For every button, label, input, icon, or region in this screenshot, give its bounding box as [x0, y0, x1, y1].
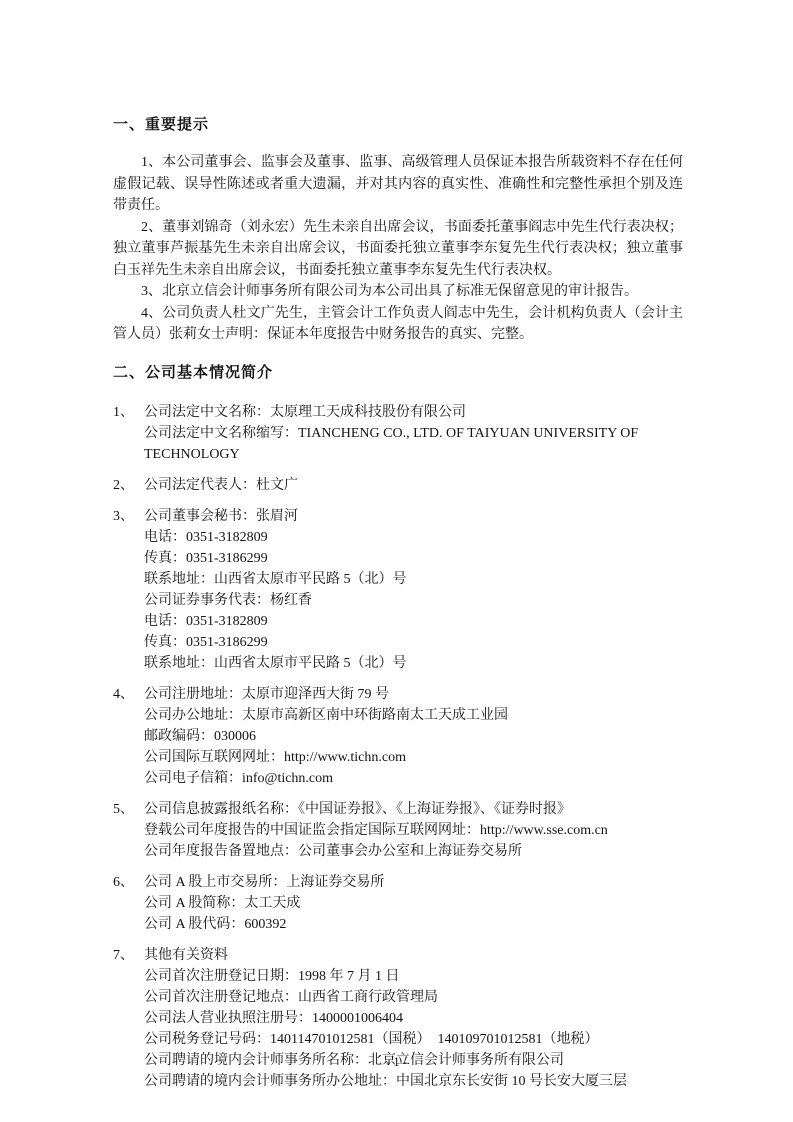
list-item-3: 3、 公司董事会秘书：张眉河 电话：0351-3182809 传真：0351-3… — [113, 506, 683, 674]
item-line: 电话：0351-3182809 — [144, 527, 683, 548]
item-line: 登载公司年度报告的中国证监会指定国际互联网网址：http://www.sse.c… — [144, 820, 683, 841]
item-line: 传真：0351-3186299 — [144, 632, 683, 653]
item-line: 传真：0351-3186299 — [144, 548, 683, 569]
item-number: 2、 — [113, 475, 144, 496]
item-line: 公司税务登记号码：140114701012581（国税） 14010970101… — [144, 1029, 683, 1050]
item-line: 公司 A 股上市交易所：上海证券交易所 — [144, 872, 683, 893]
item-lines: 公司信息披露报纸名称：《中国证券报》、《上海证券报》、《证券时报》 登载公司年度… — [144, 799, 683, 862]
item-line: 公司法人营业执照注册号：1400001006404 — [144, 1008, 683, 1029]
section2-heading: 二、公司基本情况简介 — [113, 360, 683, 386]
item-line: 公司首次注册登记地点：山西省工商行政管理局 — [144, 987, 683, 1008]
item-lines: 公司董事会秘书：张眉河 电话：0351-3182809 传真：0351-3186… — [144, 506, 683, 674]
section1-paragraph-4: 4、公司负责人杜文广先生，主管会计工作负责人阎志中先生，会计机构负责人（会计主管… — [113, 303, 683, 346]
item-lines: 公司注册地址：太原市迎泽西大街 79 号 公司办公地址：太原市高新区南中环街路南… — [144, 684, 683, 789]
item-number: 3、 — [113, 506, 144, 674]
section1-paragraph-3: 3、北京立信会计师事务所有限公司为本公司出具了标准无保留意见的审计报告。 — [113, 281, 683, 303]
page-number: - 1 - — [0, 1055, 793, 1070]
list-item-6: 6、 公司 A 股上市交易所：上海证券交易所 公司 A 股简称：太工天成 公司 … — [113, 872, 683, 935]
item-lines: 公司法定代表人：杜文广 — [144, 475, 683, 496]
item-line: 电话：0351-3182809 — [144, 611, 683, 632]
item-line: 公司聘请的境内会计师事务所办公地址：中国北京东长安街 10 号长安大厦三层 — [144, 1071, 683, 1092]
item-line: 公司法定中文名称缩写：TIANCHENG CO., LTD. OF TAIYUA… — [144, 423, 683, 465]
section1-heading: 一、重要提示 — [113, 112, 683, 138]
item-line: 公司办公地址：太原市高新区南中环街路南太工天成工业园 — [144, 705, 683, 726]
item-lines: 公司 A 股上市交易所：上海证券交易所 公司 A 股简称：太工天成 公司 A 股… — [144, 872, 683, 935]
item-line: 联系地址：山西省太原市平民路 5（北）号 — [144, 653, 683, 674]
item-number: 4、 — [113, 684, 144, 789]
list-item-1: 1、 公司法定中文名称：太原理工天成科技股份有限公司 公司法定中文名称缩写：TI… — [113, 402, 683, 465]
page-content: 一、重要提示 1、本公司董事会、监事会及董事、监事、高级管理人员保证本报告所载资… — [0, 0, 793, 1092]
section1-paragraph-1: 1、本公司董事会、监事会及董事、监事、高级管理人员保证本报告所载资料不存在任何虚… — [113, 152, 683, 217]
item-line: 公司 A 股简称：太工天成 — [144, 893, 683, 914]
item-line: 公司董事会秘书：张眉河 — [144, 506, 683, 527]
list-item-5: 5、 公司信息披露报纸名称：《中国证券报》、《上海证券报》、《证券时报》 登载公… — [113, 799, 683, 862]
item-line: 公司国际互联网网址：http://www.tichn.com — [144, 747, 683, 768]
item-line: 公司法定代表人：杜文广 — [144, 475, 683, 496]
item-line: 公司证券事务代表：杨红香 — [144, 590, 683, 611]
item-number: 6、 — [113, 872, 144, 935]
item-line: 公司电子信箱：info@tichn.com — [144, 768, 683, 789]
item-line: 公司信息披露报纸名称：《中国证券报》、《上海证券报》、《证券时报》 — [144, 799, 683, 820]
item-lines: 公司法定中文名称：太原理工天成科技股份有限公司 公司法定中文名称缩写：TIANC… — [144, 402, 683, 465]
list-item-2: 2、 公司法定代表人：杜文广 — [113, 475, 683, 496]
section1-paragraph-2: 2、董事刘锦奇（刘永宏）先生未亲自出席会议，书面委托董事阎志中先生代行表决权；独… — [113, 217, 683, 282]
item-number: 5、 — [113, 799, 144, 862]
item-line: 公司注册地址：太原市迎泽西大街 79 号 — [144, 684, 683, 705]
item-line: 公司法定中文名称：太原理工天成科技股份有限公司 — [144, 402, 683, 423]
list-item-4: 4、 公司注册地址：太原市迎泽西大街 79 号 公司办公地址：太原市高新区南中环… — [113, 684, 683, 789]
item-line: 其他有关资料 — [144, 945, 683, 966]
item-line: 公司首次注册登记日期：1998 年 7 月 1 日 — [144, 966, 683, 987]
item-line: 公司 A 股代码：600392 — [144, 914, 683, 935]
document-page: 一、重要提示 1、本公司董事会、监事会及董事、监事、高级管理人员保证本报告所载资… — [0, 0, 793, 1122]
item-line: 邮政编码：030006 — [144, 726, 683, 747]
item-line: 公司年度报告备置地点：公司董事会办公室和上海证券交易所 — [144, 841, 683, 862]
item-line: 联系地址：山西省太原市平民路 5（北）号 — [144, 569, 683, 590]
item-number: 1、 — [113, 402, 144, 465]
